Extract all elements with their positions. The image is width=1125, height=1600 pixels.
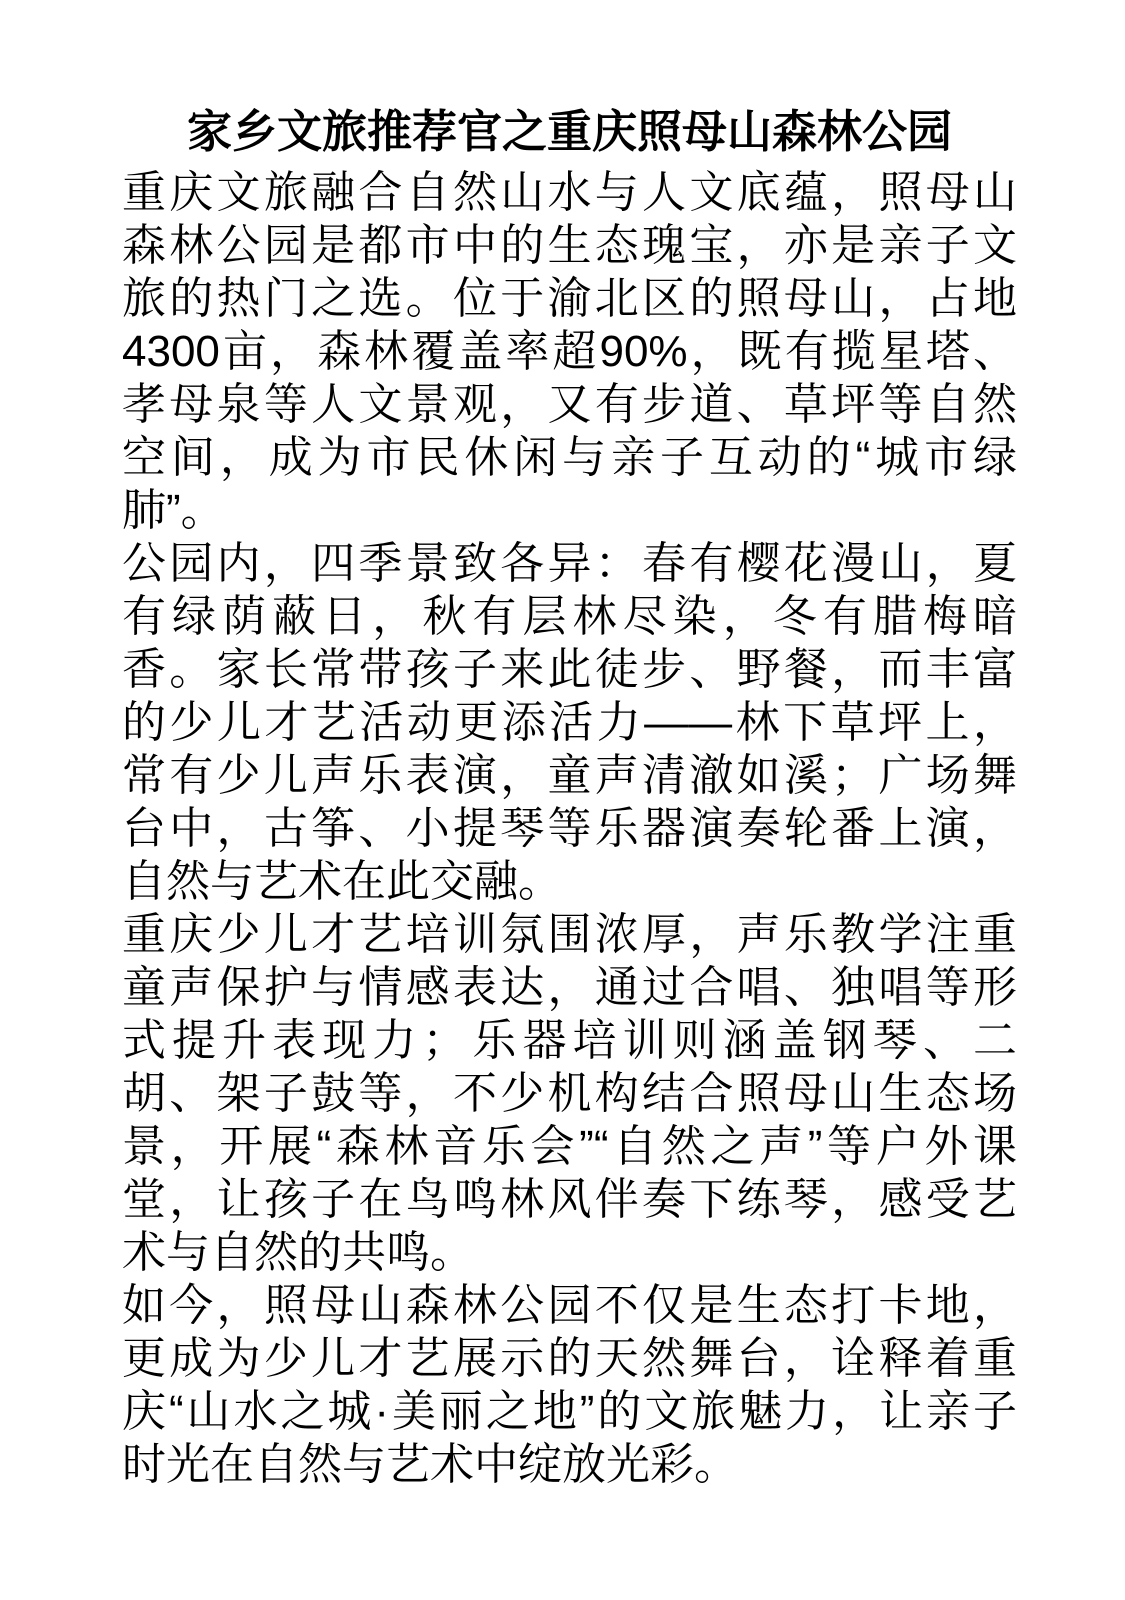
paragraph-line: 台中，古筝、小提琴等乐器演奏轮番上演，	[122, 802, 1017, 855]
paragraph-line: 更成为少儿才艺展示的天然舞台，诠释着重	[122, 1332, 1017, 1385]
paragraph-line: 童声保护与情感表达，通过合唱、独唱等形	[122, 961, 1017, 1014]
paragraph-line: 旅的热门之选。位于渝北区的照母山，占地	[122, 272, 1017, 325]
paragraph-line: 空间，成为市民休闲与亲子互动的“城市绿	[122, 431, 1017, 484]
document-title: 家乡文旅推荐官之重庆照母山森林公园	[122, 104, 1017, 160]
document-content: 家乡文旅推荐官之重庆照母山森林公园 重庆文旅融合自然山水与人文底蕴，照母山森林公…	[0, 0, 1125, 1491]
paragraph-line: 庆“山水之城·美丽之地”的文旅魅力，让亲子	[122, 1385, 1017, 1438]
paragraph-4: 如今，照母山森林公园不仅是生态打卡地，更成为少儿才艺展示的天然舞台，诠释着重庆“…	[122, 1279, 1017, 1491]
paragraph-1: 重庆文旅融合自然山水与人文底蕴，照母山森林公园是都市中的生态瑰宝，亦是亲子文旅的…	[122, 166, 1017, 537]
paragraph-line: 肺”。	[122, 484, 1017, 537]
paragraph-line: 式提升表现力；乐器培训则涵盖钢琴、二	[122, 1014, 1017, 1067]
paragraph-line: 时光在自然与艺术中绽放光彩。	[122, 1438, 1017, 1491]
paragraph-line: 自然与艺术在此交融。	[122, 855, 1017, 908]
paragraph-line: 常有少儿声乐表演，童声清澈如溪；广场舞	[122, 749, 1017, 802]
paragraph-line: 胡、架子鼓等，不少机构结合照母山生态场	[122, 1067, 1017, 1120]
paragraph-line: 重庆少儿才艺培训氛围浓厚，声乐教学注重	[122, 908, 1017, 961]
paragraph-line: 堂，让孩子在鸟鸣林风伴奏下练琴，感受艺	[122, 1173, 1017, 1226]
document-body: 重庆文旅融合自然山水与人文底蕴，照母山森林公园是都市中的生态瑰宝，亦是亲子文旅的…	[122, 166, 1017, 1491]
paragraph-line: 香。家长常带孩子来此徒步、野餐，而丰富	[122, 643, 1017, 696]
paragraph-line: 有绿荫蔽日，秋有层林尽染，冬有腊梅暗	[122, 590, 1017, 643]
paragraph-line: 重庆文旅融合自然山水与人文底蕴，照母山	[122, 166, 1017, 219]
paragraph-line: 的少儿才艺活动更添活力——林下草坪上，	[122, 696, 1017, 749]
paragraph-line: 4300亩，森林覆盖率超90%，既有揽星塔、	[122, 325, 1017, 378]
paragraph-line: 术与自然的共鸣。	[122, 1226, 1017, 1279]
paragraph-2: 公园内，四季景致各异：春有樱花漫山，夏有绿荫蔽日，秋有层林尽染，冬有腊梅暗香。家…	[122, 537, 1017, 908]
paragraph-line: 如今，照母山森林公园不仅是生态打卡地，	[122, 1279, 1017, 1332]
paragraph-line: 孝母泉等人文景观，又有步道、草坪等自然	[122, 378, 1017, 431]
document-page: 家乡文旅推荐官之重庆照母山森林公园 重庆文旅融合自然山水与人文底蕴，照母山森林公…	[0, 0, 1125, 1600]
paragraph-line: 公园内，四季景致各异：春有樱花漫山，夏	[122, 537, 1017, 590]
paragraph-line: 森林公园是都市中的生态瑰宝，亦是亲子文	[122, 219, 1017, 272]
paragraph-3: 重庆少儿才艺培训氛围浓厚，声乐教学注重童声保护与情感表达，通过合唱、独唱等形式提…	[122, 908, 1017, 1279]
paragraph-line: 景，开展“森林音乐会”“自然之声”等户外课	[122, 1120, 1017, 1173]
